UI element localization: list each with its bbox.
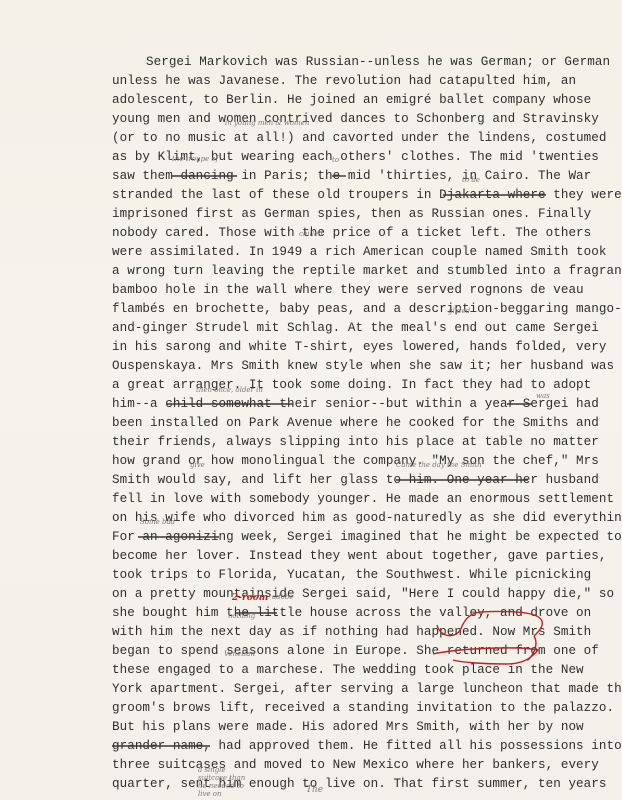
text-line: For an agonizing week, Sergei imagined t… [112, 528, 622, 547]
handwritten-note: the troupe of [172, 155, 218, 163]
text-line: him--a child somewhat their senior--but … [112, 395, 599, 414]
handwritten-note: then once, older in [196, 386, 263, 394]
handwritten-note: chilled [299, 230, 323, 238]
handwritten-note: to be [462, 176, 480, 184]
text-line: she bought him the little house across t… [112, 604, 591, 623]
text-line: unless he was Javanese. The revolution h… [112, 72, 576, 91]
text-line: on a pretty mountainside Sergei said, "H… [112, 585, 614, 604]
text-line: and-ginger Strudel mit Schlag. At the me… [112, 319, 599, 338]
text-line: a great arranger. It took some doing. In… [112, 376, 591, 395]
text-line: But his plans were made. His adored Mrs … [112, 718, 584, 737]
text-line: on his wife who divorced him as good-nat… [112, 509, 622, 528]
text-line: Ouspenskaya. Mrs Smith knew style when s… [112, 357, 614, 376]
text-line: (or to no music at all!) and cavorted un… [112, 129, 607, 148]
text-line: nobody cared. Those with the price of a … [112, 224, 591, 243]
handwritten-note: to [332, 156, 339, 164]
text-line: Sergei Markovich was Russian--unless he … [146, 53, 610, 72]
text-line: took trips to Florida, Yucatan, the Sout… [112, 566, 591, 585]
handwritten-note: The [306, 785, 323, 795]
handwritten-note: nothing [228, 612, 255, 620]
text-line: York apartment. Sergei, after serving a … [112, 680, 622, 699]
text-line: began to spend seasons alone in Europe. … [112, 642, 599, 661]
handwritten-note: give [190, 461, 205, 469]
handwritten-note: adobe [272, 593, 294, 601]
text-line: quarter, sent him enough to live on. Tha… [112, 775, 607, 794]
handwritten-note: a single suitcase than he needed to live… [198, 766, 254, 798]
text-line: how grand or how monolingual the company… [112, 452, 599, 471]
text-line: these engaged to a marchese. The wedding… [112, 661, 584, 680]
text-line: a wrong turn leaving the reptile market … [112, 262, 622, 281]
text-line: were assimilated. In 1949 a rich America… [112, 243, 607, 262]
text-line: stranded the last of these old troupers … [112, 186, 622, 205]
text-line: become her lover. Instead they went abou… [112, 547, 607, 566]
text-line: saw them dancing in Paris; the mid 'thir… [112, 167, 591, 186]
handwritten-note: glided [448, 307, 470, 315]
handwritten-note: was [536, 392, 550, 400]
text-line: bamboo hole in the wall where they were … [112, 281, 584, 300]
text-line: fell in love with somebody younger. He m… [112, 490, 614, 509]
text-line: three suitcases and moved to New Mexico … [112, 756, 599, 775]
text-line: adolescent, to Berlin. He joined an emig… [112, 91, 591, 110]
text-line: grander name, had approved them. He fitt… [112, 737, 622, 756]
red-handwritten-note: 2-room [232, 593, 268, 603]
handwritten-note: in young men & women [225, 119, 309, 127]
manuscript-page: Sergei Markovich was Russian--unless he … [0, 0, 622, 800]
text-line: young men and women contrived dances to … [112, 110, 599, 129]
handwritten-note: Came the day the Smith [396, 461, 482, 469]
text-line: flambés en brochette, baby peas, and a d… [112, 300, 622, 319]
text-line: Smith would say, and lift her glass to h… [112, 471, 599, 490]
text-line: groom's brows lift, received a standing … [112, 699, 614, 718]
text-line: with him the next day as if nothing had … [112, 623, 591, 642]
handwritten-note: Some bad [140, 518, 175, 526]
text-line: their friends, always slipping into his … [112, 433, 599, 452]
handwritten-note: Venetian [224, 650, 255, 658]
text-line: in his sarong and white T-shirt, eyes lo… [112, 338, 607, 357]
text-line: been installed on Park Avenue where he c… [112, 414, 599, 433]
text-line: imprisoned first as German spies, then a… [112, 205, 591, 224]
